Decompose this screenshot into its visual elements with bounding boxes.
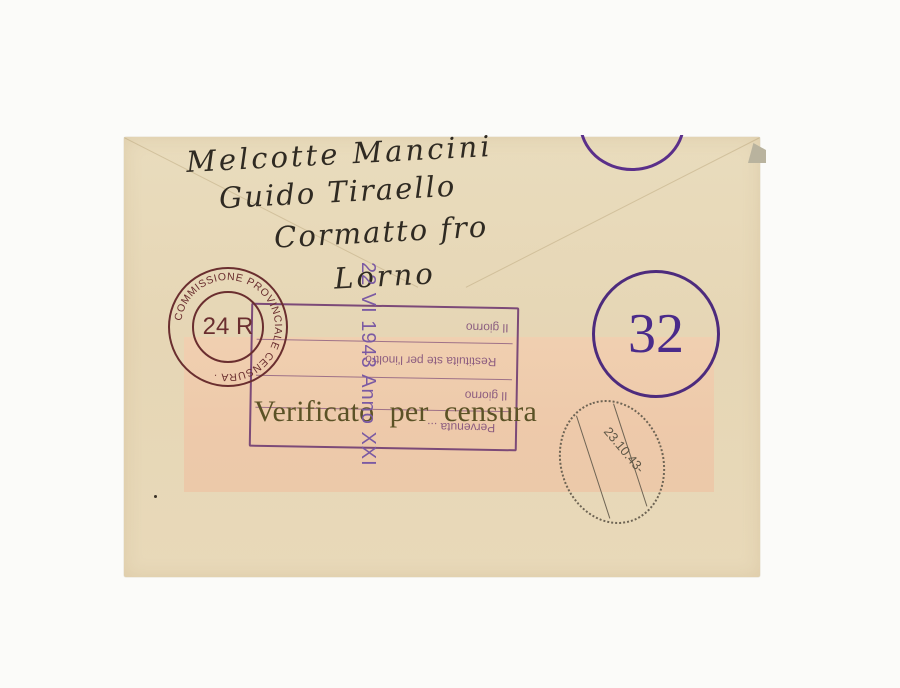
censor-ring-center: 24 R [192,291,264,363]
censor-label-text: Verificato per censura [254,395,537,429]
handwritten-line-2: Guido Tiraello [218,169,457,215]
torn-corner [748,143,766,163]
date-box-stamp: Il giorno Restituita ste per l'inoltro I… [249,303,519,452]
inverted-text-1: Il giorno [466,320,509,335]
envelope: Melcotte Mancini Guido Tiraello Cormatto… [124,137,760,577]
inverted-text-2: Restituita ste per l'inoltro [365,353,496,369]
handwritten-line-3: Cormatto fro [273,209,489,254]
ink-dot [154,495,157,498]
vertical-date-stamp: 22 VI 1943 Anno XXI [356,262,379,467]
handwritten-line-4: Lorno [333,256,436,295]
censor-ring-stamp: COMMISSIONE PROVINCIALE CENSURA · 24 R [168,267,288,387]
partial-stamp-arc [579,75,685,171]
number-stamp: 32 [592,270,720,398]
